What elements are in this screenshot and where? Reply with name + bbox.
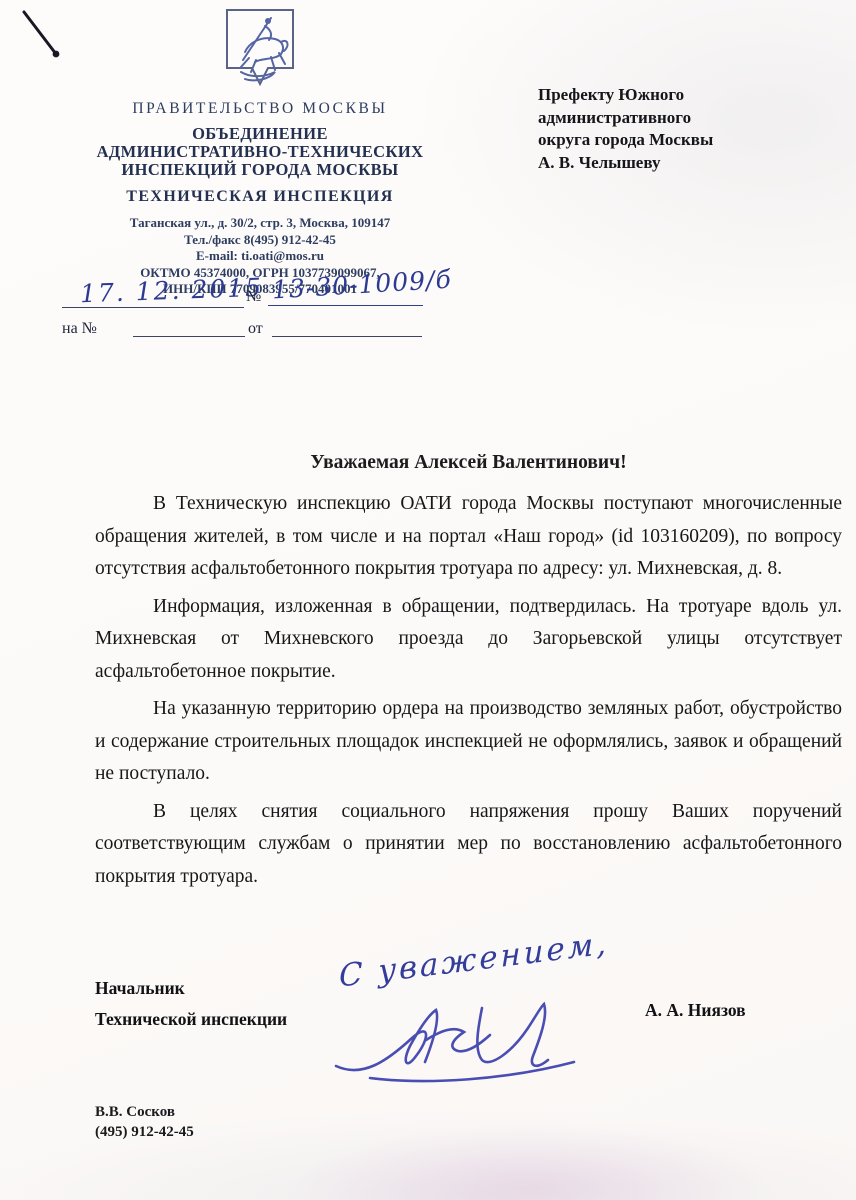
recipient-line: Префекту Южного [538,84,808,107]
executor-phone: (495) 912-42-45 [95,1122,194,1142]
handwritten-date: 17. 12. 2015 [80,273,264,308]
org-line: ИНСПЕКЦИЙ ГОРОДА МОСКВЫ [30,161,490,179]
signer-position: Начальник Технической инспекции [95,973,287,1035]
number-underline [268,305,423,306]
signer-name: А. А. Ниязов [645,1000,746,1021]
signer-position-line: Технической инспекции [95,1004,287,1035]
letterhead-government: ПРАВИТЕЛЬСТВО МОСКВЫ [30,100,490,118]
letter-body: Уважаемая Алексей Валентинович! В Технич… [95,452,842,898]
letterhead-division: ТЕХНИЧЕСКАЯ ИНСПЕКЦИЯ [30,188,490,206]
recipient-line: административного [538,107,808,130]
recipient-block: Префекту Южного административного округа… [538,84,808,174]
from-date-label: от [248,320,263,338]
letterhead: ПРАВИТЕЛЬСТВО МОСКВЫ ОБЪЕДИНЕНИЕ АДМИНИС… [30,8,490,298]
body-paragraph: Информация, изложенная в обращении, подт… [95,591,842,689]
recipient-line: А. В. Челышеву [538,152,808,175]
org-line: ОБЪЕДИНЕНИЕ [30,125,490,143]
address-line: E-mail: ti.oati@mos.ru [30,248,490,265]
executor-block: В.В. Сосков (495) 912-42-45 [95,1102,194,1142]
body-paragraph: В целях снятия социального напряжения пр… [95,796,842,894]
signature-ink-icon [330,990,590,1090]
executor-name: В.В. Сосков [95,1102,194,1122]
org-line: АДМИНИСТРАТИВНО-ТЕХНИЧЕСКИХ [30,143,490,161]
scanned-letter-page: ПРАВИТЕЛЬСТВО МОСКВЫ ОБЪЕДИНЕНИЕ АДМИНИС… [0,0,856,1200]
date-underline [62,307,244,308]
reply-to-label: на № [62,320,97,338]
body-paragraph: В Техническую инспекцию ОАТИ города Моск… [95,488,842,586]
handwritten-closing: С уважением, [339,925,610,994]
number-sign-label: № [246,288,261,306]
address-line: Тел./факс 8(495) 912-42-45 [30,232,490,249]
reply-number-underline [133,336,245,337]
body-paragraph: На указанную территорию ордера на произв… [95,693,842,791]
salutation: Уважаемая Алексей Валентинович! [95,452,842,474]
signer-position-line: Начальник [95,973,287,1004]
letterhead-organization: ОБЪЕДИНЕНИЕ АДМИНИСТРАТИВНО-ТЕХНИЧЕСКИХ … [30,125,490,179]
from-date-underline [272,336,422,337]
moscow-coat-of-arms-icon [223,8,297,90]
recipient-line: округа города Москвы [538,129,808,152]
address-line: Таганская ул., д. 30/2, стр. 3, Москва, … [30,215,490,232]
